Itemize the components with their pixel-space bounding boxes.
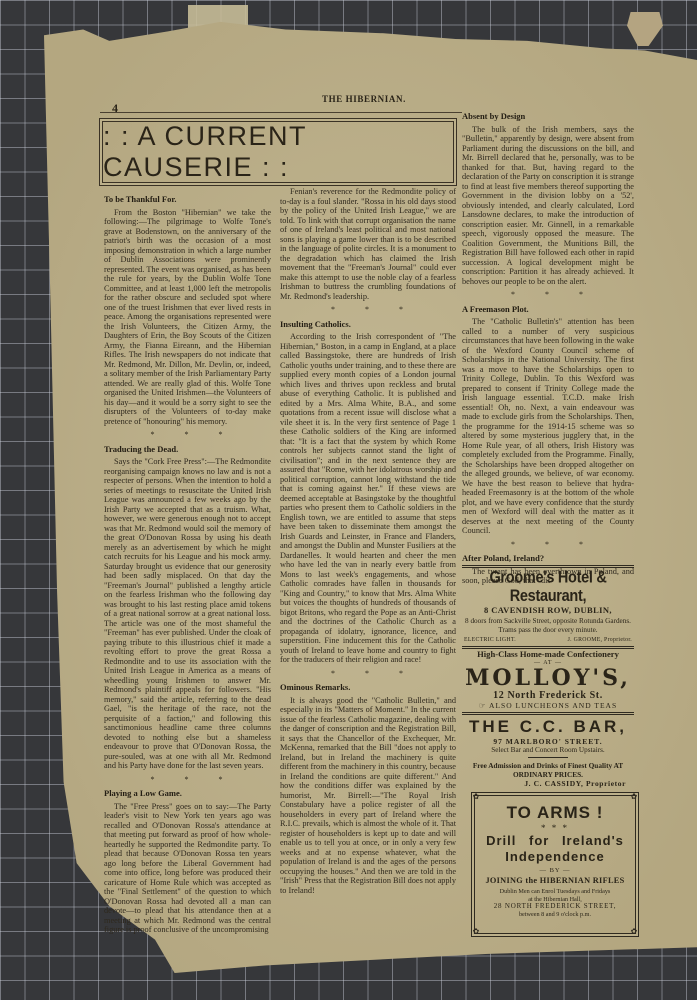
section-title-box: : : A CURRENT CAUSERIE : :: [102, 121, 454, 183]
ad-to-arms: ✿ ✿ ✿ ✿ TO ARMS ! * * * Drill for Irelan…: [474, 795, 636, 934]
ad-footer-left: ELECTRIC LIGHT.: [464, 637, 516, 643]
article-heading: Traducing the Dead.: [104, 445, 271, 455]
ad-stars: * * *: [475, 823, 635, 833]
ad-also: ☞ ALSO LUNCHEONS AND TEAS: [462, 701, 634, 710]
article-body: It is always good the "Catholic Bulletin…: [280, 696, 456, 896]
ad-groomes-hotel: Groome's Hotel & Restaurant, 8 CAVENDISH…: [462, 565, 634, 649]
article-body: Says the "Cork Free Press":—The Redmondi…: [104, 457, 271, 771]
separator-stars: * * *: [474, 290, 634, 300]
ad-detail-line: 28 NORTH FREDERICK STREET,: [475, 903, 635, 911]
ad-cc-bar: THE C.C. BAR, 97 MARLBORO' STREET. Selec…: [462, 714, 634, 788]
separator-stars: * * *: [292, 669, 456, 679]
separator-stars: * * *: [116, 775, 271, 785]
ad-description: 8 doors from Sackville Street, opposite …: [462, 617, 634, 634]
ad-address: 12 North Frederick St.: [462, 690, 634, 701]
separator-stars: * * *: [116, 430, 271, 440]
separator-stars: * * *: [474, 540, 634, 550]
running-head: THE HIBERNIAN.: [322, 94, 406, 104]
article-heading: Insulting Catholics.: [280, 320, 456, 330]
ad-divider: [528, 757, 568, 758]
ad-address: 8 CAVENDISH ROW, DUBLIN,: [462, 605, 634, 615]
ad-by: — BY —: [475, 867, 635, 874]
ad-footer: ELECTRIC LIGHT. J. GROOME, Proprietor.: [462, 637, 634, 643]
ad-details: Dublin Men can Enrol Tuesdays and Friday…: [475, 888, 635, 918]
ad-proprietor: J. C. CASSIDY, Proprietor: [462, 779, 634, 788]
ad-offer: Free Admission and Drinks of Finest Qual…: [462, 761, 634, 779]
article-heading: After Poland, Ireland?: [462, 554, 634, 564]
column-1: To be Thankful For. From the Boston "Hib…: [104, 193, 271, 935]
page-number: 4: [112, 101, 118, 116]
column-2: Fenian's reverence for the Redmondite po…: [280, 187, 456, 895]
ornament-corner-icon: ✿: [472, 793, 480, 801]
separator-stars: * * *: [292, 305, 456, 315]
article-body-continued: Fenian's reverence for the Redmondite po…: [280, 187, 456, 301]
ad-name: Groome's Hotel & Restaurant,: [462, 569, 634, 606]
article-body: According to the Irish correspondent of …: [280, 332, 456, 665]
ornament-corner-icon: ✿: [630, 928, 638, 936]
ornament-corner-icon: ✿: [472, 928, 480, 936]
article-body: The "Free Press" goes on to say:—The Par…: [104, 802, 271, 935]
ad-headline: Drill for Ireland's Independence: [475, 833, 635, 865]
article-heading: A Freemason Plot.: [462, 305, 634, 315]
ad-title: TO ARMS !: [475, 803, 635, 823]
ad-tagline: High-Class Home-made Confectionery: [462, 649, 634, 659]
ad-description: Select Bar and Concert Room Upstairs.: [462, 746, 634, 754]
ad-detail-line: between 8 and 9 o'clock p.m.: [475, 911, 635, 919]
ad-address: 97 MARLBORO' STREET.: [462, 737, 634, 746]
page-title: : : A CURRENT CAUSERIE : :: [103, 121, 453, 183]
article-body: The "Catholic Bulletin's" attention has …: [462, 317, 634, 536]
ad-name: THE C.C. BAR,: [462, 717, 634, 737]
ad-rule: [462, 565, 634, 568]
article-heading: To be Thankful For.: [104, 195, 271, 205]
ad-detail-line: Dublin Men can Enrol Tuesdays and Friday…: [475, 888, 635, 896]
ad-footer-right: J. GROOME, Proprietor.: [568, 637, 632, 643]
ad-name: MOLLOY'S,: [462, 666, 634, 690]
article-body: The bulk of the Irish members, says the …: [462, 125, 634, 287]
article-body: From the Boston "Hibernian" we take the …: [104, 208, 271, 427]
ad-molloys: High-Class Home-made Confectionery — AT …: [462, 645, 634, 715]
column-3: Absent by Design The bulk of the Irish m…: [462, 110, 634, 586]
article-heading: Absent by Design: [462, 112, 634, 122]
header-rule: [100, 112, 462, 113]
article-heading: Ominous Remarks.: [280, 683, 456, 693]
article-heading: Playing a Low Game.: [104, 789, 271, 799]
ornament-corner-icon: ✿: [630, 793, 638, 801]
ad-join: JOINING the HIBERNIAN RIFLES: [475, 876, 635, 885]
